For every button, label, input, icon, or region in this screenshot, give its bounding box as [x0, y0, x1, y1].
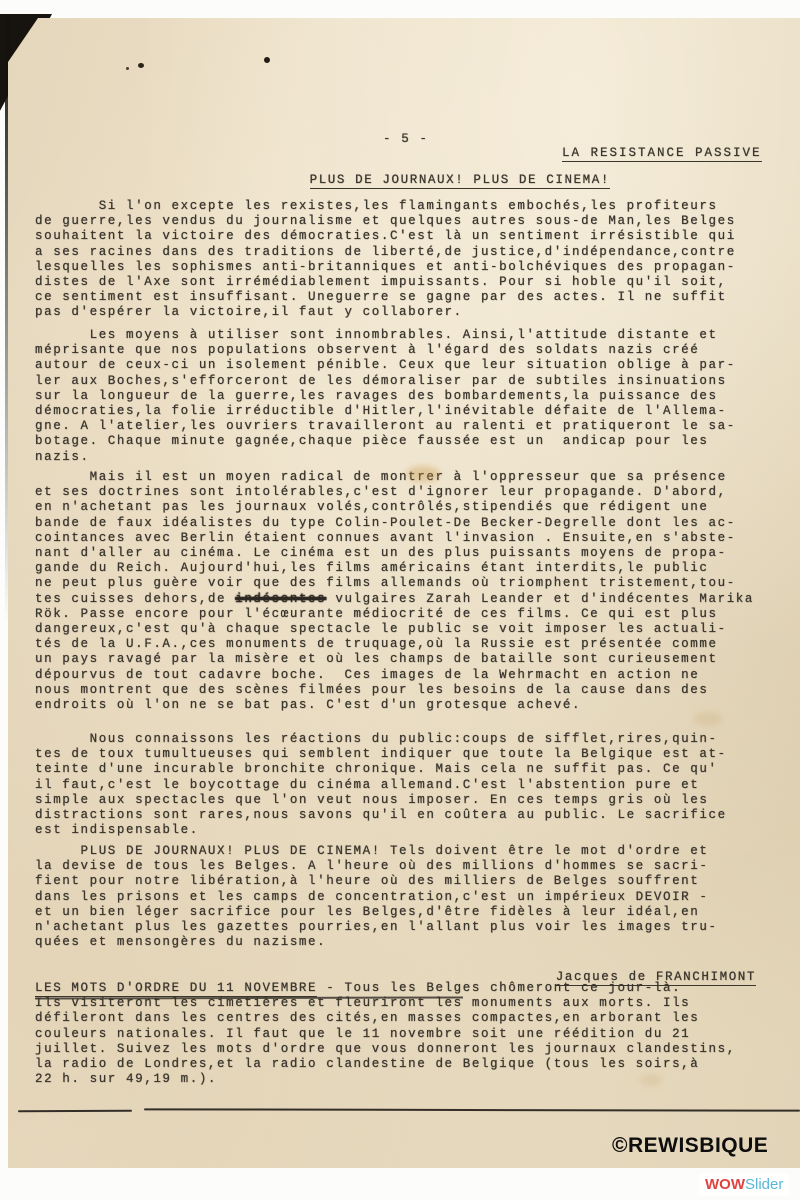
censored-word: indécentes	[235, 592, 326, 606]
page-number: - 5 -	[383, 132, 429, 147]
scanned-page-photo: - 5 - LA RESISTANCE PASSIVE PLUS DE JOUR…	[0, 0, 800, 1200]
paragraph-2: Les moyens à utiliser sont innombrables.…	[35, 328, 770, 465]
bottom-rule-right	[144, 1108, 800, 1111]
ink-speck	[264, 57, 270, 63]
ink-speck	[138, 63, 144, 68]
paper-stain	[640, 1074, 662, 1086]
paragraph-1: Si l'on excepte les rexistes,les flaming…	[35, 199, 770, 321]
paragraph-3: Mais il est un moyen radical de montrer …	[35, 470, 770, 713]
wowslider-watermark: WOWSlider	[698, 1174, 790, 1196]
copyright-watermark: ©REWISBIQUE	[612, 1134, 768, 1158]
wowslider-wow-text: WOW	[705, 1176, 745, 1193]
paragraph-4: Nous connaissons les réactions du public…	[35, 732, 770, 838]
bottom-rule-left	[18, 1110, 132, 1113]
paragraph-5: PLUS DE JOURNAUX! PLUS DE CINEMA! Tels d…	[35, 844, 770, 950]
article-headline: PLUS DE JOURNAUX! PLUS DE CINEMA!	[255, 158, 610, 204]
ink-speck	[126, 67, 129, 70]
document-paper: - 5 - LA RESISTANCE PASSIVE PLUS DE JOUR…	[8, 18, 800, 1168]
paper-stain	[694, 712, 722, 726]
paragraph-3-before: Mais il est un moyen radical de montrer …	[35, 470, 736, 606]
paragraph-3-after: vulgaires Zarah Leander et d'indécentes …	[35, 592, 754, 712]
order-heading: LES MOTS D'ORDRE DU 11 NOVEMBRE	[35, 981, 317, 997]
paper-stain	[406, 466, 440, 482]
headline-text: PLUS DE JOURNAUX! PLUS DE CINEMA!	[310, 173, 610, 189]
wowslider-slider-text: Slider	[745, 1176, 783, 1193]
